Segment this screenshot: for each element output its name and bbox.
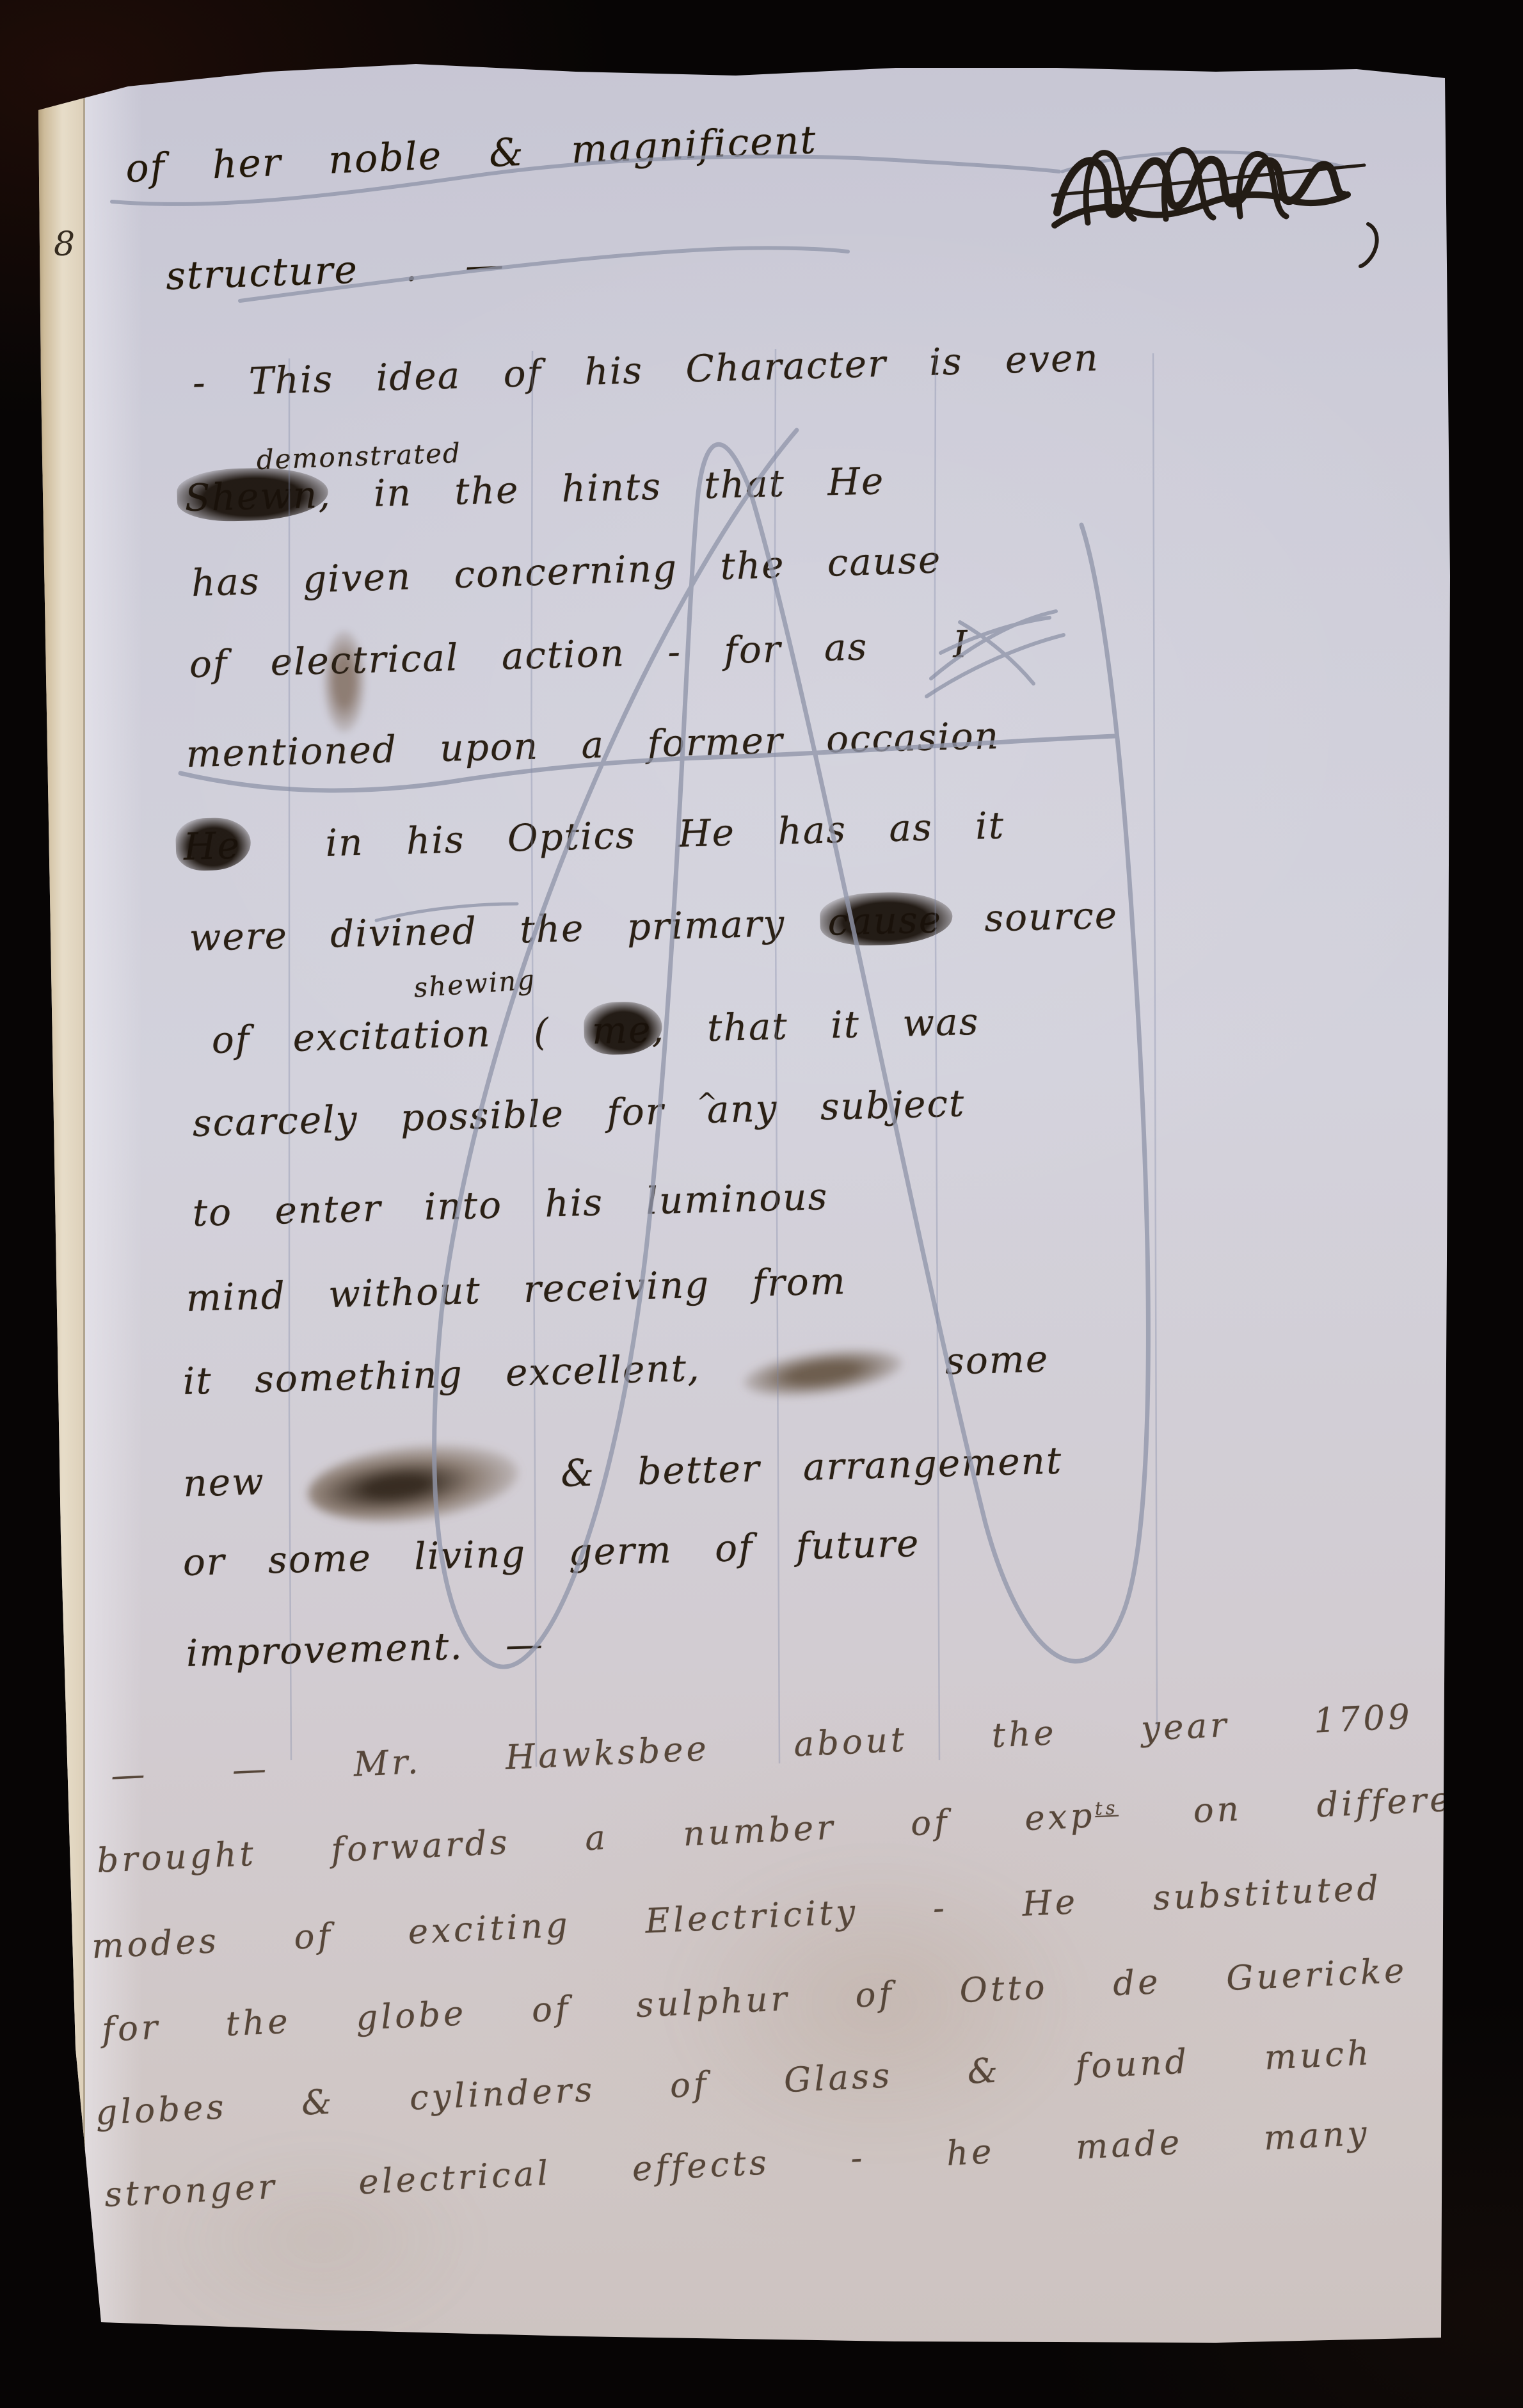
line-p1-10: to enter into his luminous: [192, 1175, 829, 1235]
gutter-fold-line: [83, 80, 85, 2330]
page-edge-highlight: [85, 82, 143, 2330]
ink-comma: [1360, 224, 1377, 266]
line-p1-6: He in his Optics He has as it: [183, 804, 1005, 868]
superscript-ts: ts: [1094, 1797, 1119, 1820]
line-p1-14: or some living germ of future: [182, 1522, 920, 1584]
line-p1-11: mind without receiving from: [186, 1260, 847, 1320]
line-p1-6-text: in his Optics He has as it: [325, 803, 1005, 865]
interlinear-insert-shewing: shewing: [413, 965, 537, 1004]
header-line-1: of her noble & magnificent: [125, 118, 818, 191]
line-p2-2-text: brought forwards a number of exp: [96, 1796, 1096, 1881]
ink-blot-shewn: Shewn: [184, 473, 319, 520]
line-p1-3: has given concerning the cause: [191, 538, 942, 604]
header-ink-scribble: [1053, 150, 1377, 266]
line-p1-7: were divined the primary cause source: [189, 894, 1119, 959]
line-p2-2-text-b: on different: [1192, 1778, 1495, 1831]
ink-blot-he: He: [183, 824, 241, 869]
line-p2-5: globes & cylinders of Glass & found much: [95, 2034, 1373, 2133]
line-p2-6: stronger electrical effects - he made ma…: [104, 2114, 1371, 2215]
struck-word-I: I: [952, 622, 969, 666]
line-p1-8-text-b: , that it was: [651, 1000, 980, 1051]
line-p1-15: improvement. —: [186, 1623, 545, 1674]
book-gutter-edge: [35, 76, 85, 2334]
line-p1-8-text: of excitation (: [211, 1010, 550, 1062]
line-p1-4-text: of electrical action - for as: [189, 625, 868, 686]
line-p1-8: of excitation ( me, that it was: [211, 1000, 980, 1062]
rubbed-ink-smudge-large: [304, 1434, 522, 1532]
header-line-2: structure . —: [165, 243, 506, 299]
rubbed-ink-smudge: [741, 1342, 905, 1404]
line-p1-7-text: were divined the primary: [189, 901, 786, 959]
line-p1-12-text: it something excellent,: [182, 1346, 701, 1403]
line-p1-4: of electrical action - for as I: [189, 623, 969, 686]
pencil-strike-header-tail: [1062, 152, 1343, 172]
ink-scribble-cause: cause: [827, 897, 943, 943]
manuscript-page: 8 of her noble & magnificent structure .…: [0, 0, 1523, 2408]
line-p1-13-text: & better arrangement: [560, 1439, 1063, 1496]
folio-number: 8: [54, 225, 75, 264]
line-p1-12: it something excellent, some: [182, 1338, 1049, 1406]
line-p1-13: new & better arrangement: [182, 1427, 1064, 1523]
word-some: some: [945, 1337, 1049, 1383]
line-p1-9: scarcely possible for any subject: [192, 1082, 966, 1144]
line-p2-2: brought forwards a number of expts on di…: [96, 1779, 1495, 1881]
line-p2-1: — — Mr. Hawksbee about the year 1709: [110, 1698, 1414, 1796]
ink-blot-me: me: [591, 1007, 652, 1052]
line-p2-3: modes of exciting Electricity - He subst…: [91, 1869, 1383, 1966]
line-p1-1: - This idea of his Character is even: [192, 336, 1099, 404]
line-p2-4: for the globe of sulphur of Otto de Guer…: [101, 1952, 1408, 2050]
line-p1-5-struck: mentioned upon a former occasion: [186, 714, 1000, 776]
word-new: new: [182, 1459, 265, 1505]
word-source: source: [984, 894, 1119, 940]
photograph-backdrop: 8 of her noble & magnificent structure .…: [0, 0, 1523, 2408]
archive-tab: [32, 2325, 70, 2344]
